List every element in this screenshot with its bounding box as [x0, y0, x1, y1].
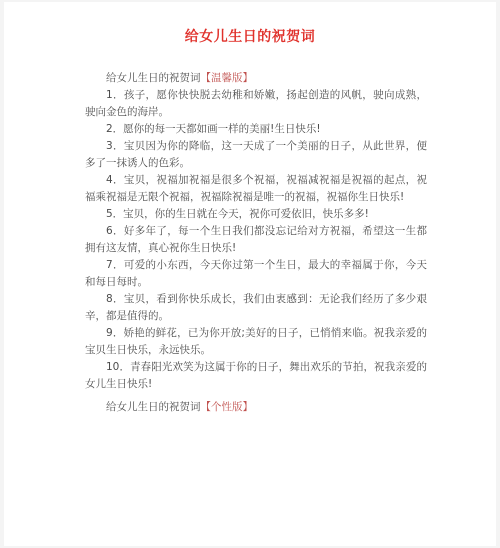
section-heading-prefix: 给女儿生日的祝贺词 [106, 72, 201, 84]
list-item-2: 2．愿你的每一天都如画一样的美丽!生日快乐! [85, 121, 427, 138]
list-item-3: 3．宝贝因为你的降临，这一天成了一个美丽的日子，从此世界，便多了一抹诱人的色彩。 [85, 138, 427, 172]
list-item-5: 5．宝贝，你的生日就在今天，祝你可爱依旧，快乐多多! [85, 206, 427, 223]
list-item-8: 8．宝贝，看到你快乐成长，我们由衷感到：无论我们经历了多少艰辛，都是值得的。 [85, 291, 427, 325]
list-item-9: 9．娇艳的鲜花，已为你开放;美好的日子，已悄悄来临。祝我亲爱的宝贝生日快乐，永远… [85, 325, 427, 359]
list-item-7: 7．可爱的小东西，今天你过第一个生日，最大的幸福属于你，今天和每日每时。 [85, 257, 427, 291]
section-heading-tag: 【温馨版】 [201, 72, 254, 84]
list-item-1: 1．孩子，愿你快快脱去幼稚和娇嫩，扬起创造的风帆，驶向成熟，驶向金色的海岸。 [85, 87, 427, 121]
list-item-6: 6．好多年了，每一个生日我们都没忘记给对方祝福，希望这一生都拥有这友情，真心祝你… [85, 223, 427, 257]
list-item-4: 4．宝贝，祝福加祝福是很多个祝福，祝福减祝福是祝福的起点，祝福乘祝福是无限个祝福… [85, 172, 427, 206]
section-heading-personal: 给女儿生日的祝贺词【个性版】 [85, 399, 427, 416]
section-heading-tag: 【个性版】 [201, 401, 254, 413]
page-title: 给女儿生日的祝贺词 [4, 28, 496, 46]
document-page: 给女儿生日的祝贺词 给女儿生日的祝贺词【温馨版】 1．孩子，愿你快快脱去幼稚和娇… [4, 2, 496, 546]
section-heading-warm: 给女儿生日的祝贺词【温馨版】 [85, 70, 427, 87]
section-heading-prefix: 给女儿生日的祝贺词 [106, 401, 201, 413]
list-item-10: 10．青春阳光欢笑为这属于你的日子，舞出欢乐的节拍，祝我亲爱的女儿生日快乐! [85, 359, 427, 393]
document-body: 给女儿生日的祝贺词【温馨版】 1．孩子，愿你快快脱去幼稚和娇嫩，扬起创造的风帆，… [85, 70, 427, 416]
